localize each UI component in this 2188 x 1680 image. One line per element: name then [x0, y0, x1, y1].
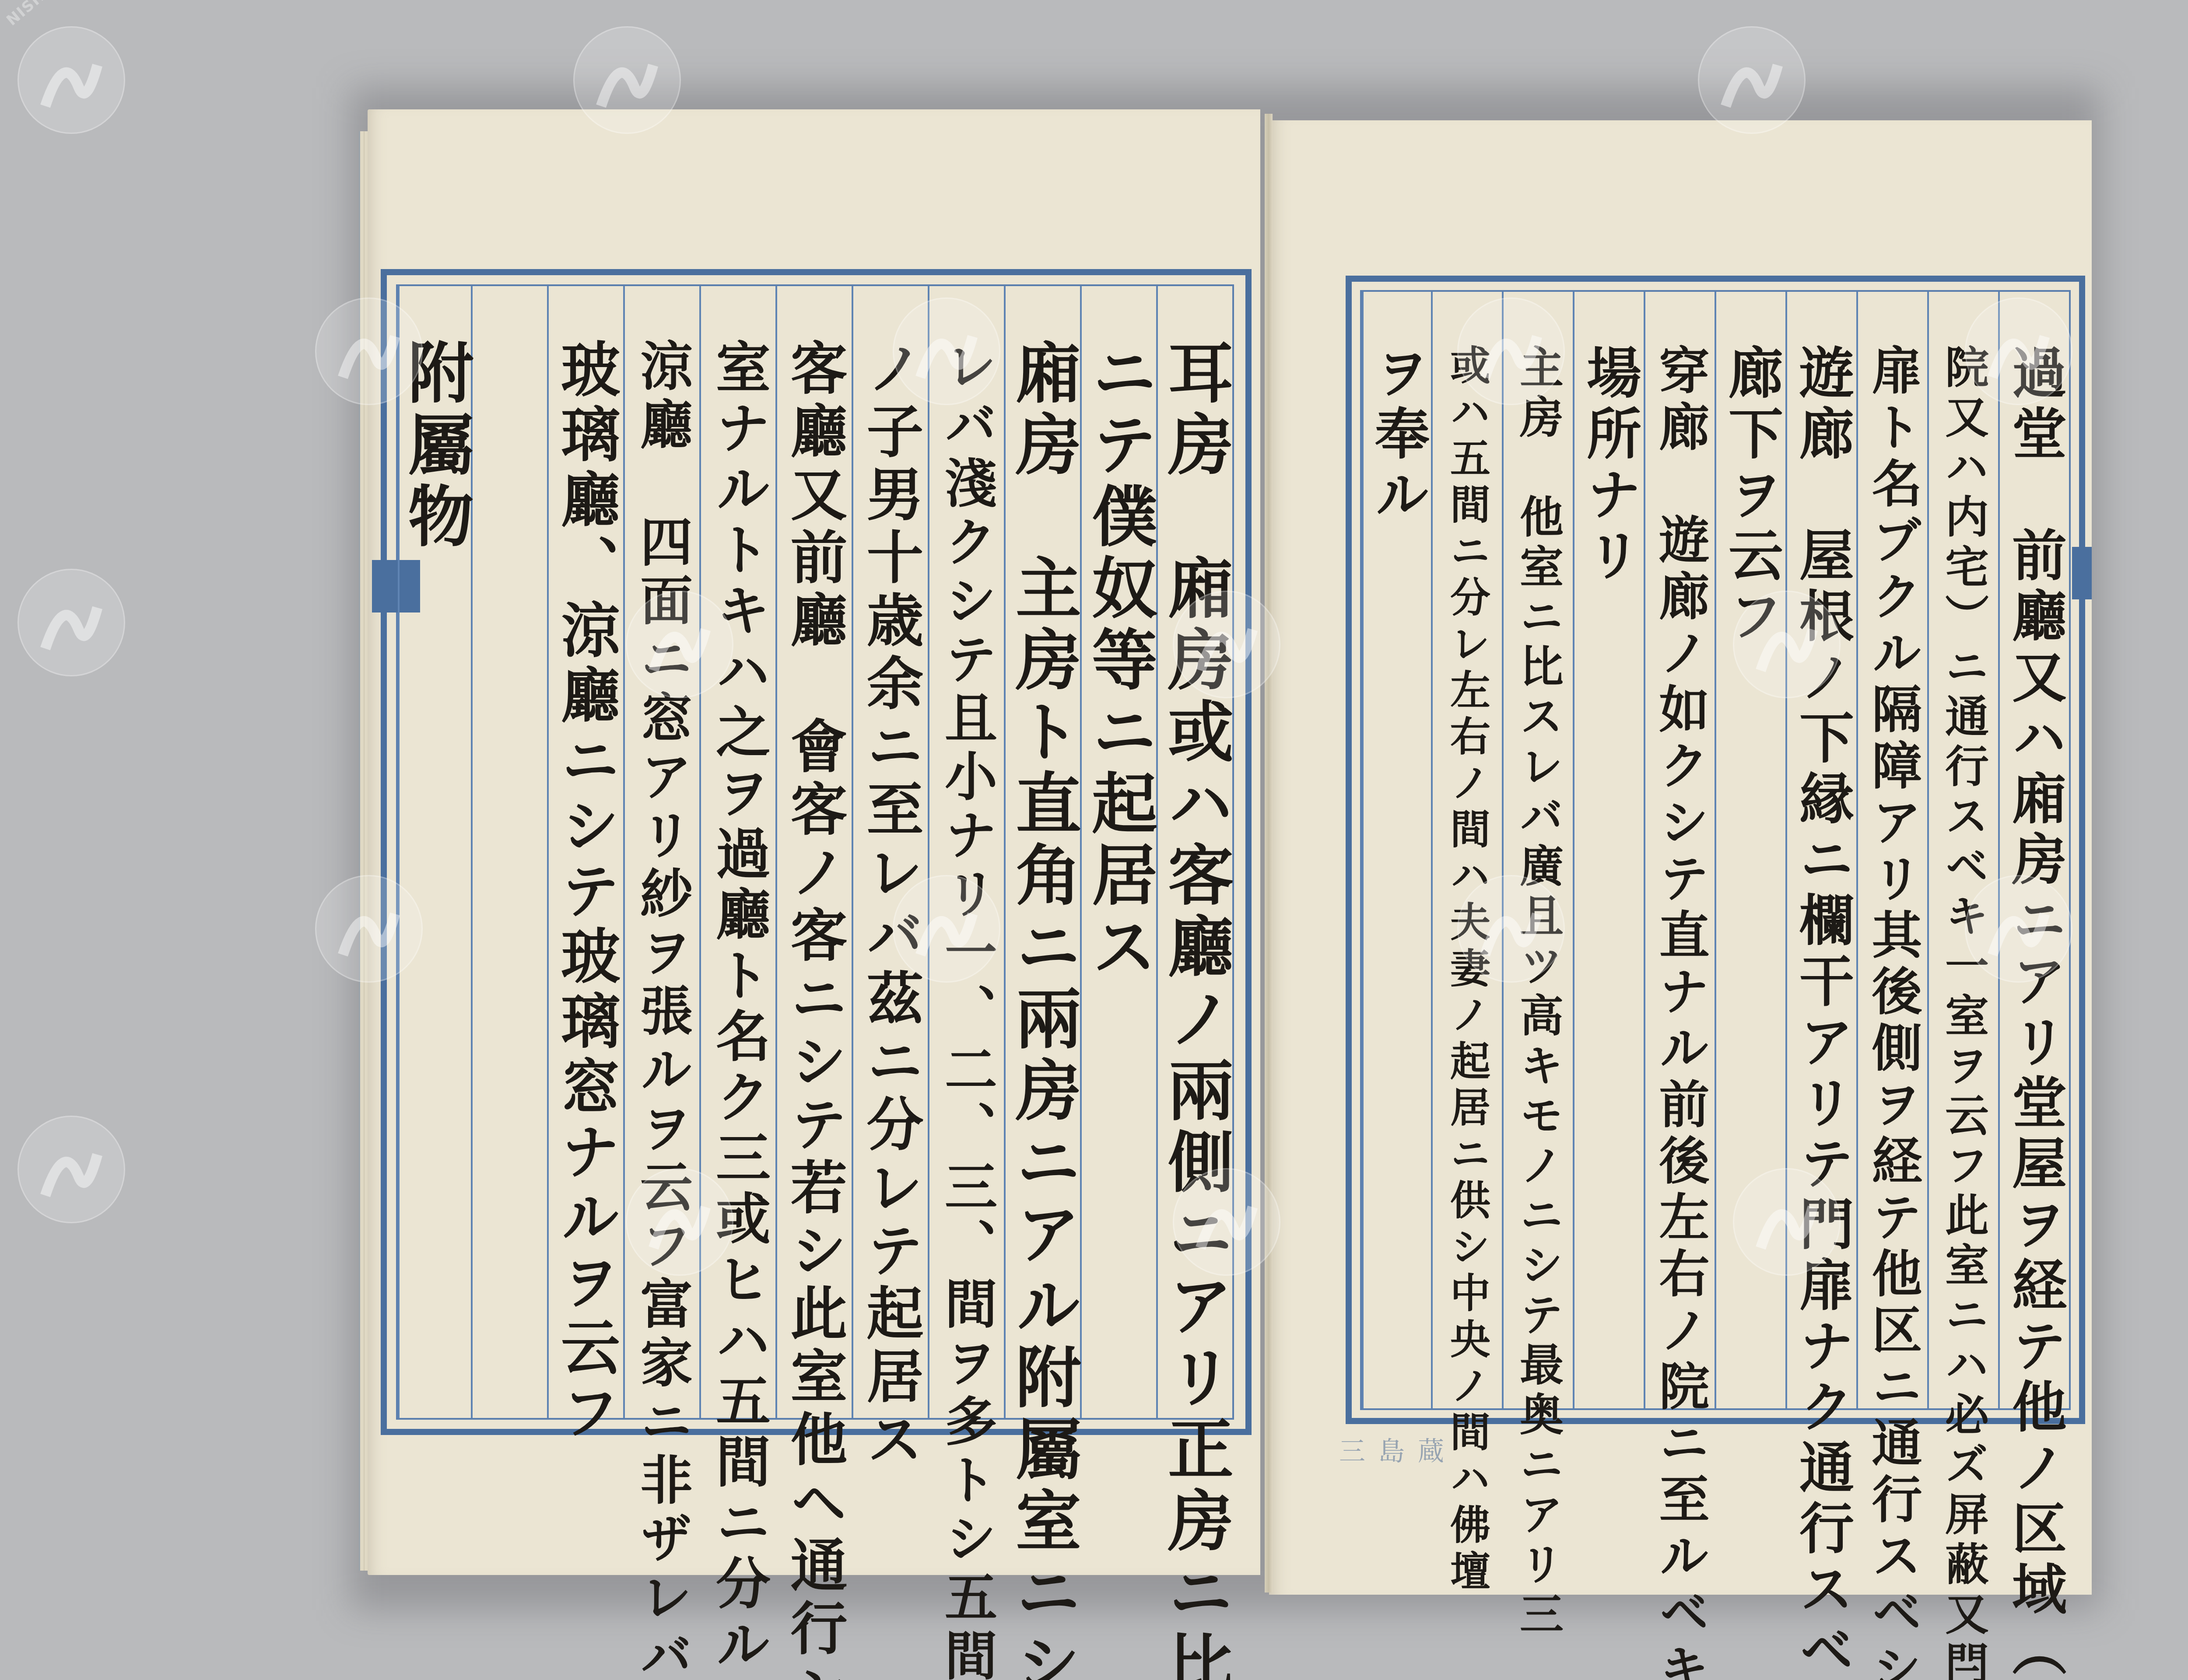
column-text: ノ子男十歳余ニ至レバ茲ニ分レテ起居ス — [862, 339, 919, 1418]
watermark-text: NISHOGAKUSHA — [3, 0, 126, 29]
column-text: 廊下ヲ云フ — [1724, 344, 1778, 1408]
text-column: 院又ハ内宅）ニ通行スベキ一室ヲ云フ此室ニハ必ズ屏蔽又閂 — [1927, 292, 1998, 1408]
text-column: 廂房 主房ト直角ニ兩房ニアル附屬室ニシテ主房ニ比ス — [1004, 286, 1080, 1418]
text-column: 或ハ五間ニ分レ左右ノ間ハ夫妻ノ起居ニ供シ中央ノ間ハ佛壇 — [1431, 292, 1502, 1408]
text-column: 場所ナリ — [1573, 292, 1644, 1408]
book-gutter — [1265, 114, 1273, 1592]
column-text: 過堂 前廳又ハ廂房ニアリ堂屋ヲ経テ他ノ区域（跨 — [2007, 344, 2062, 1408]
text-column: 廊下ヲ云フ — [1715, 292, 1785, 1408]
text-column: 附屬物 — [398, 286, 471, 1418]
text-column: 涼廳 四面ニ窓アリ紗ヲ張ルヲ云フ富家ニ非ザレバ設ケズ — [623, 286, 699, 1418]
column-text: 遊廊 屋根ノ下縁ニ欄干アリテ門扉ナク通行スベキ — [1795, 344, 1849, 1408]
column-text: 玻璃廳、涼廳ニシテ玻璃窓ナルヲ云フ — [557, 339, 616, 1418]
column-text: 涼廳 四面ニ窓アリ紗ヲ張ルヲ云フ富家ニ非ザレバ設ケズ — [636, 339, 688, 1418]
text-column: 主房 他室ニ比スレバ廣且ツ高キモノニシテ最奥ニアリ三 — [1502, 292, 1573, 1408]
text-column — [471, 286, 547, 1418]
nishogakusha-logo-icon — [34, 585, 109, 660]
column-text: 耳房 廂房或ハ客廳ノ兩側ニアリ正房ニ比スレバ小ナル室 — [1162, 339, 1228, 1418]
text-column: ニテ僕奴等ニ起居ス — [1080, 286, 1156, 1418]
column-text: 扉ト名ブクル隔障アリ其後側ヲ経テ他区ニ通行スベシ — [1868, 344, 1918, 1408]
nishogakusha-logo-icon — [34, 1132, 109, 1207]
right-page-fold-marker — [2072, 547, 2092, 599]
text-column: 耳房 廂房或ハ客廳ノ兩側ニアリ正房ニ比スレバ小ナル室 — [1156, 286, 1232, 1418]
watermark-logo — [18, 1116, 125, 1223]
text-column: 室ナルトキハ之ヲ過廳ト名ク三或ヒハ五間ニ分ル — [699, 286, 775, 1418]
column-text: ニテ僕奴等ニ起居ス — [1086, 339, 1152, 1418]
nishogakusha-logo-icon — [34, 43, 109, 117]
right-page-columns: 過堂 前廳又ハ廂房ニアリ堂屋ヲ経テ他ノ区域（跨 院又ハ内宅）ニ通行スベキ一室ヲ云… — [1362, 292, 2069, 1408]
column-text: ヲ奉ル — [1370, 344, 1425, 1408]
collector-seal: 三島蔵 — [1339, 1431, 1457, 1468]
column-text: 主房 他室ニ比スレバ廣且ツ高キモノニシテ最奥ニアリ三 — [1516, 344, 1560, 1408]
text-column: 客廳又前廳 會客ノ客ニシテ若シ此室他ヘ通行シ得ベキ — [775, 286, 852, 1418]
text-column: 過堂 前廳又ハ廂房ニアリ堂屋ヲ経テ他ノ区域（跨 — [1998, 292, 2069, 1408]
section-heading: 附屬物 — [403, 339, 468, 1418]
watermark-logo — [18, 569, 125, 676]
column-text: 院又ハ内宅）ニ通行スベキ一室ヲ云フ此室ニハ必ズ屏蔽又閂 — [1942, 344, 1985, 1408]
column-text: 廂房 主房ト直角ニ兩房ニアル附屬室ニシテ主房ニ比ス — [1010, 339, 1076, 1418]
text-column: ヲ奉ル — [1362, 292, 1431, 1408]
left-page-columns: 耳房 廂房或ハ客廳ノ兩側ニアリ正房ニ比スレバ小ナル室 ニテ僕奴等ニ起居ス 廂房 … — [398, 286, 1232, 1418]
text-column: レバ淺クシテ且小ナリ一、二、三、間ヲ多トシ五間ニ分ルヽハ少ナシ家 — [928, 286, 1004, 1418]
text-column: 扉ト名ブクル隔障アリ其後側ヲ経テ他区ニ通行スベシ — [1856, 292, 1927, 1408]
column-text: 室ナルトキハ之ヲ過廳ト名ク三或ヒハ五間ニ分ル — [711, 339, 766, 1418]
watermark-logo: NISHOGAKUSHA — [18, 26, 125, 134]
column-text: 客廳又前廳 會客ノ客ニシテ若シ此室他ヘ通行シ得ベキ — [786, 339, 843, 1418]
text-column: ノ子男十歳余ニ至レバ茲ニ分レテ起居ス — [852, 286, 928, 1418]
column-text: レバ淺クシテ且小ナリ一、二、三、間ヲ多トシ五間ニ分ルヽハ少ナシ家 — [940, 339, 993, 1418]
column-text: 或ハ五間ニ分レ左右ノ間ハ夫妻ノ起居ニ供シ中央ノ間ハ佛壇 — [1447, 344, 1487, 1408]
column-text: 穿廊 遊廊ノ如クシテ直ナル前後左右ノ院ニ至ルベキ — [1655, 344, 1705, 1408]
text-column: 穿廊 遊廊ノ如クシテ直ナル前後左右ノ院ニ至ルベキ — [1644, 292, 1715, 1408]
text-column: 玻璃廳、涼廳ニシテ玻璃窓ナルヲ云フ — [547, 286, 623, 1418]
text-column: 遊廊 屋根ノ下縁ニ欄干アリテ門扉ナク通行スベキ — [1785, 292, 1856, 1408]
column-text: 場所ナリ — [1582, 344, 1637, 1408]
